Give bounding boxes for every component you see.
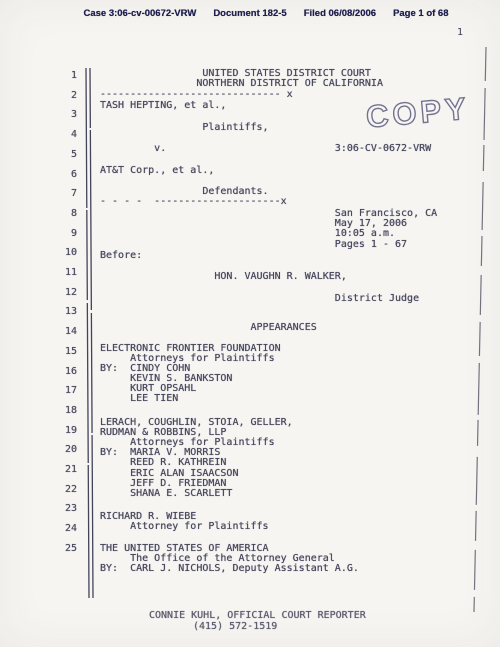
line-number: 13: [55, 306, 77, 317]
transcript-line: - - - - ---------------------x: [100, 196, 287, 207]
transcript-line: NORTHERN DISTRICT OF CALIFORNIA: [100, 78, 383, 89]
line-number: 19: [55, 425, 77, 436]
reporter-name: CONNIE KUHL, OFFICIAL COURT REPORTER: [149, 610, 366, 621]
transcript-line: HON. VAUGHN R. WALKER,: [100, 271, 347, 282]
line-number: 20: [55, 444, 77, 455]
transcript-line: ------------------------------ x: [100, 89, 293, 100]
transcript-line: v. 3:06-CV-0672-VRW: [100, 143, 431, 154]
line-number: 17: [55, 385, 77, 396]
transcript-line: Attorney for Plaintiffs: [100, 521, 269, 532]
transcript-line: APPEARANCES: [100, 322, 317, 333]
line-number: 16: [55, 366, 77, 377]
line-number: 23: [55, 503, 77, 514]
line-number: 22: [55, 484, 77, 495]
transcript-line: BY: CARL J. NICHOLS, Deputy Assistant A.…: [100, 563, 359, 574]
transcript-line: 10:05 a.m.: [100, 228, 395, 239]
line-number: 15: [55, 346, 77, 357]
reporter-phone: (415) 572-1519: [193, 621, 277, 632]
line-number: 11: [55, 267, 77, 278]
left-rule-outer: [86, 68, 89, 598]
line-number: 24: [55, 523, 77, 534]
line-number: 3: [55, 109, 77, 120]
transcript-line: Pages 1 - 67: [100, 239, 407, 250]
transcript-line: REED R. KATHREIN: [100, 457, 226, 468]
transcript-line: LEE TIEN: [100, 393, 178, 404]
line-number: 14: [55, 326, 77, 337]
line-number: 25: [55, 543, 77, 554]
line-number: 12: [55, 287, 77, 298]
right-rule: [474, 47, 486, 612]
line-number: 7: [55, 188, 77, 199]
transcript-line: District Judge: [100, 293, 419, 304]
left-rule-inner: [90, 68, 93, 598]
transcript-line: TASH HEPTING, et al.,: [100, 100, 226, 111]
line-number: 21: [55, 464, 77, 475]
line-number: 18: [55, 405, 77, 416]
transcript-line: AT&T Corp., et al.,: [100, 165, 214, 176]
transcript-line: Plaintiffs,: [100, 122, 269, 133]
transcript-line: SHANA E. SCARLETT: [100, 488, 232, 499]
line-number: 10: [55, 247, 77, 258]
line-number: 5: [55, 149, 77, 160]
line-number: 8: [55, 208, 77, 219]
line-number: 4: [55, 129, 77, 140]
line-number: 1: [55, 70, 77, 81]
line-number: 9: [55, 228, 77, 239]
line-number: 2: [55, 90, 77, 101]
line-number: 6: [55, 169, 77, 180]
court-transcript-page: Case 3:06-cv-00672-VRW Document 182-5 Fi…: [0, 0, 500, 647]
transcript-line: Before:: [100, 250, 142, 261]
